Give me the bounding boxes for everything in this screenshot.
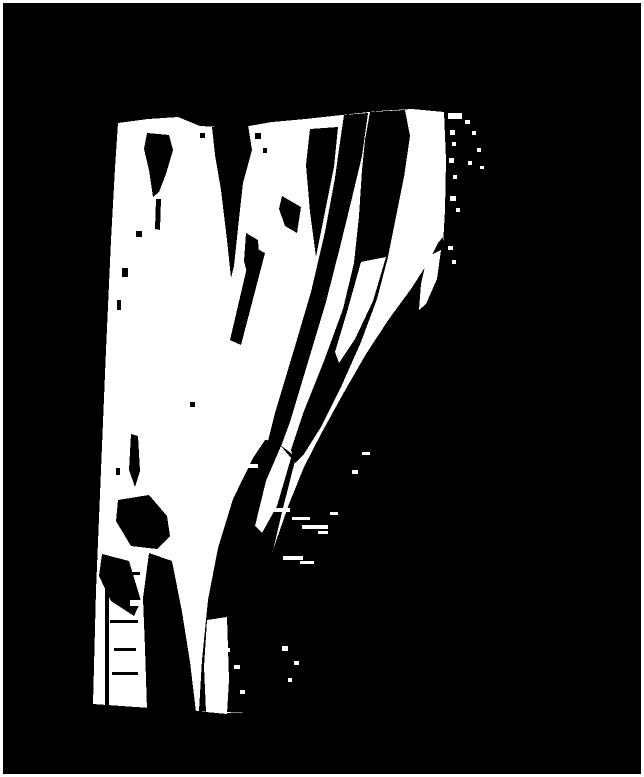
- screenshot-root: [0, 0, 644, 777]
- white-bottom-streak: [204, 617, 229, 714]
- binary-image-svg: [0, 0, 644, 777]
